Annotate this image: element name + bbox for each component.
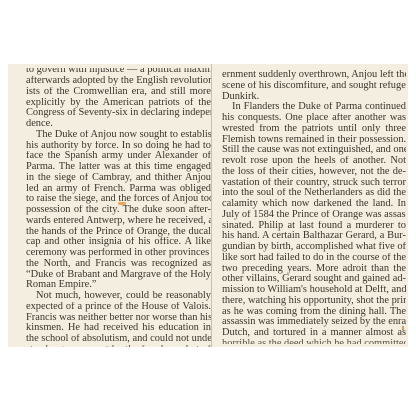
text-line: led an army of French. Parma was obliged	[26, 184, 211, 195]
text-line-content: Flemish towns remained in their possessi…	[222, 135, 406, 145]
ink-smudge	[118, 202, 126, 205]
text-line-content: calamity which now darkened the land. In	[222, 199, 406, 209]
text-line-content: cap and other insignia of his office. A …	[26, 237, 211, 247]
text-line: dence.	[26, 119, 211, 130]
text-line-content: Congress of Seventy-six in declaring ind…	[26, 108, 211, 118]
text-line: ceremony was performed in other province…	[26, 248, 211, 259]
text-line: there, watching his opportunity, shot th…	[222, 296, 406, 307]
text-line: calamity which now darkened the land. In	[222, 199, 406, 210]
text-line: afterwards adopted by the English revolu…	[26, 76, 211, 87]
text-line-content: to govern with injustice — a political m…	[26, 68, 211, 75]
text-line-content: like sort had failed to do in the course…	[222, 253, 406, 263]
text-line: Roman Empire.”	[26, 280, 211, 291]
text-line-content: stand a government by the free-born, but…	[26, 345, 211, 347]
text-line-content: face the Spanish army under Alexander of	[26, 151, 211, 161]
text-line: July of 1584 the Prince of Orange was as…	[222, 210, 406, 221]
text-line: his conquests. One place after another w…	[222, 113, 406, 124]
text-line-content: ists of the Cromwellian era, and still m…	[26, 87, 211, 97]
text-line: to govern with injustice — a political m…	[26, 68, 211, 76]
text-line-content: the North, and Francis was recognized as	[26, 259, 211, 269]
text-line: revolt rose upon the heels of another. N…	[222, 156, 406, 167]
text-line: The Duke of Anjou now sought to establis…	[26, 130, 211, 141]
text-line-content: possession of the city. The duke soon af…	[26, 205, 211, 215]
text-line: horrible as the deed which he had commit…	[222, 339, 406, 344]
text-line-content: “Duke of Brabant and Margrave of the Hol…	[26, 270, 211, 280]
text-line-content: Dutch, and tortured in a manner almost a…	[222, 328, 406, 338]
text-line-content: mission to William's household at Delft,…	[222, 285, 406, 295]
text-line: assassin was immediately seized by the e…	[222, 317, 406, 328]
text-line: as he was coming from the dining hall. T…	[222, 307, 406, 318]
text-line-content: wards entered Antwerp, where he received…	[26, 216, 211, 226]
text-line: other villains, Gerard sought and gained…	[222, 274, 406, 285]
text-line-content: his hand. A certain Balthazar Gerard, a …	[222, 231, 406, 241]
text-line: Not much, however, could be reasonably	[26, 291, 211, 302]
text-line: ernment suddenly overthrown, Anjou left …	[222, 70, 406, 81]
text-line: possession of the city. The duke soon af…	[26, 205, 211, 216]
text-line-content: Francis was neither better nor worse tha…	[26, 313, 211, 323]
text-line-content: Not much, however, could be reasonably	[36, 291, 211, 301]
text-line-content: revolt rose upon the heels of another. N…	[222, 156, 406, 166]
text-line: kinsmen. He had received his education i…	[26, 323, 211, 334]
text-line-content: in the siege of Cambray, and thither Anj…	[26, 173, 211, 183]
text-line-content: afterwards adopted by the English revolu…	[26, 76, 211, 86]
text-line-content: the school of absolutism, and could not …	[26, 334, 211, 344]
text-line: “Duke of Brabant and Margrave of the Hol…	[26, 270, 211, 281]
text-line: vastation of their country, struck such …	[222, 178, 406, 189]
text-line-content: led an army of French. Parma was obliged	[26, 184, 211, 194]
text-line: mission to William's household at Delft,…	[222, 285, 406, 296]
text-line-content: wrested from the patriots until only thr…	[222, 124, 406, 134]
text-line-content: the loss of their cities, however, not t…	[222, 167, 406, 177]
left-column: to govern with injustice — a political m…	[26, 68, 211, 347]
text-line: into the soul of the Netherlanders as di…	[222, 188, 406, 199]
text-line: wards entered Antwerp, where he received…	[26, 216, 211, 227]
text-line: explicitly by the American patriots of t…	[26, 98, 211, 109]
text-line: the hands of the Prince of Orange, the d…	[26, 227, 211, 238]
text-line-content: July of 1584 the Prince of Orange was as…	[222, 210, 406, 220]
scanned-book-page: to govern with injustice — a political m…	[8, 64, 408, 347]
text-line-content: horrible as the deed which he had commit…	[222, 339, 406, 344]
text-line: Dunkirk.	[222, 92, 406, 103]
text-line: expected of a prince of the House of Val…	[26, 302, 211, 313]
text-line-content: expected of a prince of the House of Val…	[26, 302, 211, 312]
ink-speck	[402, 326, 404, 330]
text-line-content: In Flanders the Duke of Parma continued	[232, 102, 406, 112]
text-line-content: into the soul of the Netherlanders as di…	[222, 188, 406, 198]
text-line: Congress of Seventy-six in declaring ind…	[26, 108, 211, 119]
text-line: scene of his discomfiture, and sought re…	[222, 81, 406, 92]
text-line-content: Dunkirk.	[222, 92, 259, 102]
text-line-content: his authority by force. In so doing he h…	[26, 141, 211, 151]
text-line-content: Still the cause was not extinguished, an…	[222, 145, 406, 155]
text-line-content: there, watching his opportunity, shot th…	[222, 296, 406, 306]
text-line: gundian by birth, accomplished what five…	[222, 242, 406, 253]
text-line-content: other villains, Gerard sought and gained…	[222, 274, 406, 284]
text-line-content: Parma. The latter was at this time engag…	[26, 162, 211, 172]
text-line-content: Roman Empire.”	[26, 280, 96, 290]
text-line: his authority by force. In so doing he h…	[26, 141, 211, 152]
text-line: Dutch, and tortured in a manner almost a…	[222, 328, 406, 339]
text-line: Still the cause was not extinguished, an…	[222, 145, 406, 156]
text-line: Francis was neither better nor worse tha…	[26, 313, 211, 324]
text-line-content: kinsmen. He had received his education i…	[26, 323, 211, 333]
text-line: like sort had failed to do in the course…	[222, 253, 406, 264]
text-line: Parma. The latter was at this time engag…	[26, 162, 211, 173]
text-line-content: ceremony was performed in other province…	[26, 248, 211, 258]
text-line: sinated. Philip at last found a murderer…	[222, 221, 406, 232]
text-line: in the siege of Cambray, and thither Anj…	[26, 173, 211, 184]
text-line: In Flanders the Duke of Parma continued	[222, 102, 406, 113]
text-line-content: two preceding years. More adroit than th…	[222, 264, 406, 274]
text-line: his hand. A certain Balthazar Gerard, a …	[222, 231, 406, 242]
text-line-content: gundian by birth, accomplished what five…	[222, 242, 406, 252]
text-line-content: explicitly by the American patriots of t…	[26, 98, 211, 108]
text-line: stand a government by the free-born, but…	[26, 345, 211, 347]
text-line-content: his conquests. One place after another w…	[222, 113, 406, 123]
text-line: face the Spanish army under Alexander of	[26, 151, 211, 162]
text-line-content: the hands of the Prince of Orange, the d…	[26, 227, 211, 237]
text-line: ists of the Cromwellian era, and still m…	[26, 87, 211, 98]
text-line-content: vastation of their country, struck such …	[222, 178, 406, 188]
text-line: the loss of their cities, however, not t…	[222, 167, 406, 178]
text-line-content: sinated. Philip at last found a murderer…	[222, 221, 406, 231]
text-line-content: scene of his discomfiture, and sought re…	[222, 81, 406, 91]
text-line: Flemish towns remained in their possessi…	[222, 135, 406, 146]
text-line: the school of absolutism, and could not …	[26, 334, 211, 345]
text-line-content: dence.	[26, 119, 53, 129]
text-line: cap and other insignia of his office. A …	[26, 237, 211, 248]
text-line: wrested from the patriots until only thr…	[222, 124, 406, 135]
right-column: ernment suddenly overthrown, Anjou left …	[222, 70, 406, 344]
text-line-content: The Duke of Anjou now sought to establis…	[36, 130, 211, 140]
text-line-content: as he was coming from the dining hall. T…	[222, 307, 406, 317]
column-divider	[211, 64, 212, 347]
text-line-content: assassin was immediately seized by the e…	[222, 317, 406, 327]
text-line-content: ernment suddenly overthrown, Anjou left …	[222, 70, 406, 80]
text-line: the North, and Francis was recognized as	[26, 259, 211, 270]
text-line: two preceding years. More adroit than th…	[222, 264, 406, 275]
